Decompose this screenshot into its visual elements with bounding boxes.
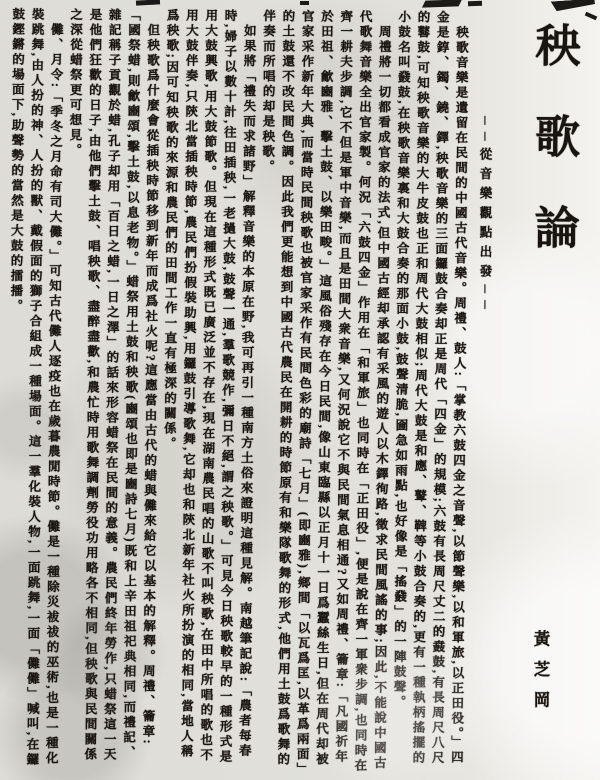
scanned-page: 秧歌音樂是遺留在民間的中國古代音樂。周禮、鼓人:「掌教六鼓四金之音聲,以節聲樂,… <box>0 0 600 780</box>
scan-smudge-icon <box>136 0 160 6</box>
scan-smudge-icon <box>468 1 482 6</box>
scan-smudge-icon <box>300 1 309 5</box>
article-body: 秧歌音樂是遺留在民間的中國古代音樂。周禮、鼓人:「掌教六鼓四金之音聲,以節聲樂,… <box>1 7 470 774</box>
scan-smudge-icon <box>585 12 598 21</box>
body-paragraph: 周禮將一切都看成官家的法式,但中國古經却承認有采風的遊人以木鐸徇路,徵求民間風謠… <box>253 9 393 774</box>
page-title: 秧歌論 <box>520 22 586 295</box>
author-name: 黃芝岡 <box>528 630 552 722</box>
scan-smudge-icon <box>422 0 462 8</box>
page-subtitle: ──從音樂觀點出發── <box>476 116 494 316</box>
body-paragraph: 如果將「禮失而求諸野」解釋音樂的本原在野,我可再引一種南方土俗來證明這種見解。南… <box>157 8 259 773</box>
body-paragraph: 但秧歌爲什麼會從插秧時節移到新年而成爲社火呢?這應當由古代的蜡與儺來給它以基本的… <box>60 8 162 773</box>
scan-smudge-icon <box>551 0 596 12</box>
body-paragraph: 秧歌音樂是遺留在民間的中國古代音樂。周禮、鼓人:「掌教六鼓四金之音聲,以節聲樂,… <box>388 10 471 775</box>
body-paragraph: 儺、月令:「季冬之月命有司大儺。」可知古代儺人逐疫也在歲暮農閒時節。儺是一種除災… <box>2 7 65 771</box>
